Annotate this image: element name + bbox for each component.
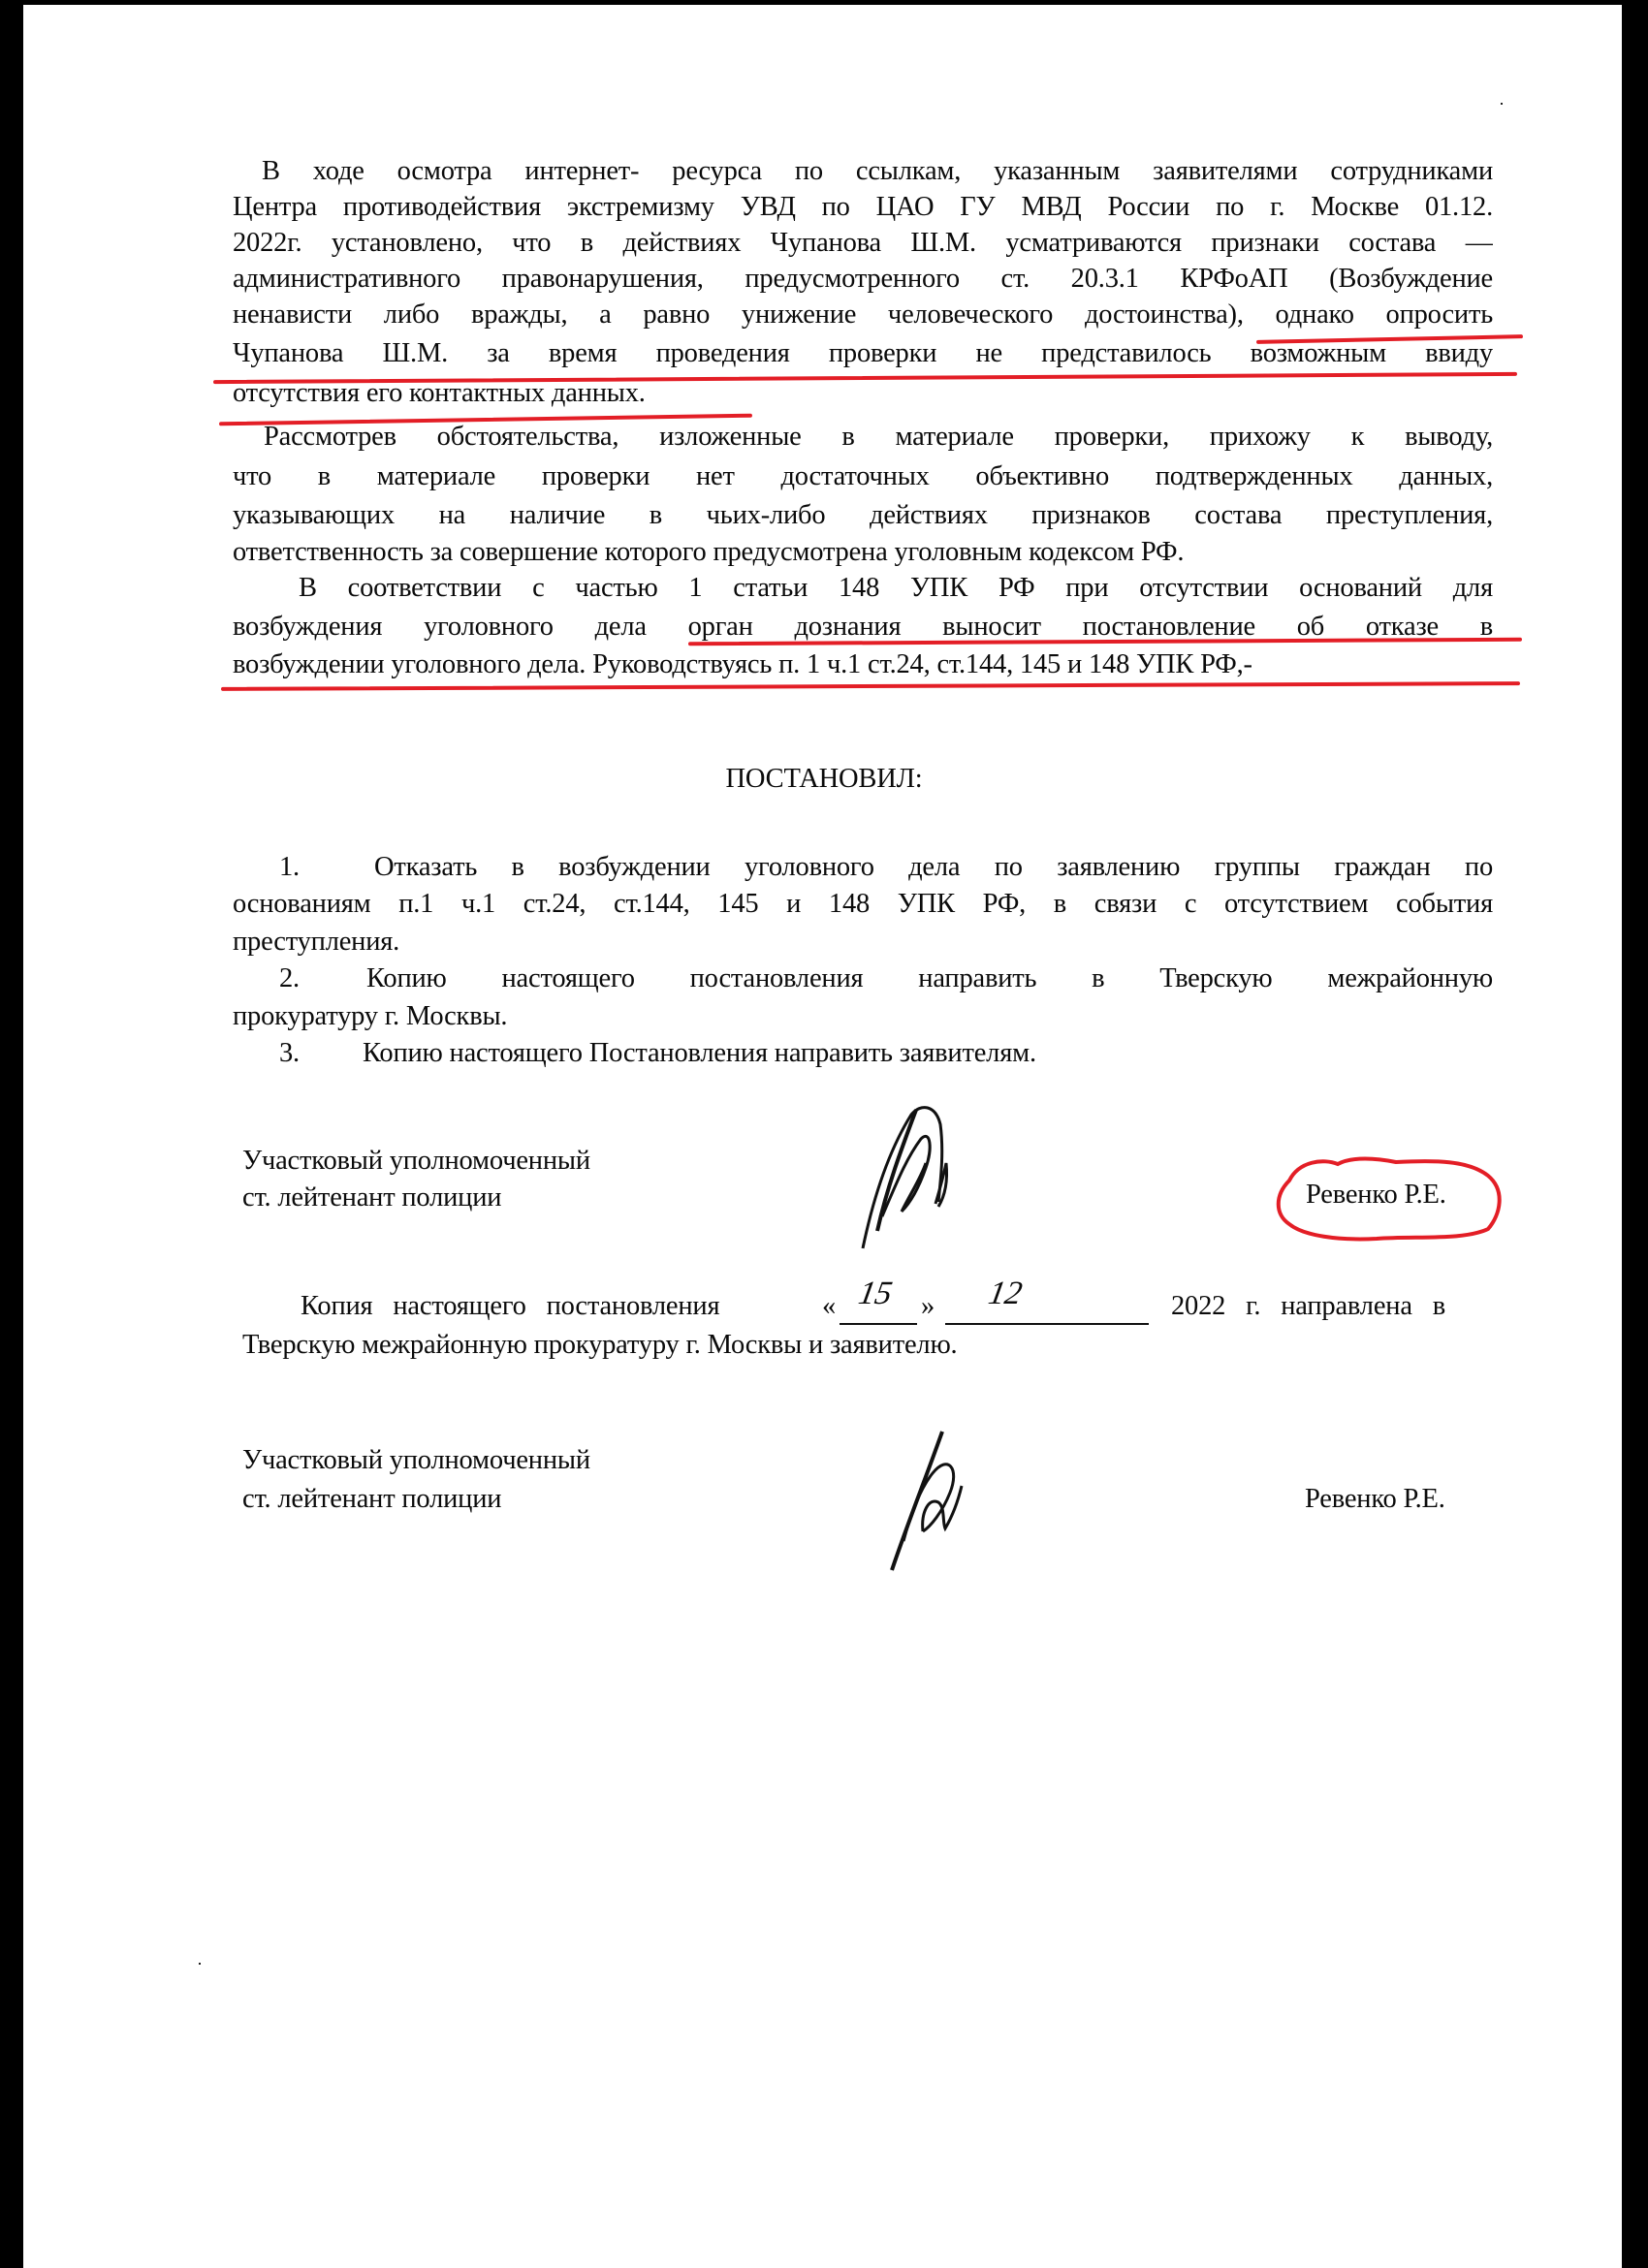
officer-name: Ревенко Р.Е. xyxy=(1305,1483,1445,1516)
officer-name: Ревенко Р.Е. xyxy=(1306,1179,1446,1212)
text-line: ненависти либо вражды, а равно унижение … xyxy=(233,299,1493,331)
officer-position: Участковый уполномоченный xyxy=(242,1444,590,1477)
handwritten-signature-icon xyxy=(853,1420,989,1585)
text-line: В ходе осмотра интернет- ресурса по ссыл… xyxy=(262,155,1493,188)
text-line: Отказать в возбуждении уголовного дела п… xyxy=(374,851,1493,884)
text-line: 2022г. установлено, что в действиях Чупа… xyxy=(233,227,1493,260)
officer-position: Участковый уполномоченный xyxy=(242,1145,590,1178)
text-line: указывающих на наличие в чьих-либо дейст… xyxy=(233,499,1493,532)
text-line: Центра противодействия экстремизму УВД п… xyxy=(233,191,1493,224)
copy-notice-line2: Тверскую межрайонную прокуратуру г. Моск… xyxy=(242,1329,957,1362)
text-line: прокуратуру г. Москвы. xyxy=(233,1000,507,1033)
handwritten-signature-icon xyxy=(843,1095,989,1260)
copy-notice-suffix: 2022 г. направлена в xyxy=(1171,1290,1445,1323)
text-line: ответственность за совершение которого п… xyxy=(233,536,1184,569)
text-line: Копию настоящего Постановления направить… xyxy=(363,1037,1036,1070)
copy-notice-prefix: Копия настоящего постановления xyxy=(301,1290,719,1323)
day-blank-line xyxy=(840,1323,917,1325)
text-line: что в материале проверки нет достаточных… xyxy=(233,460,1493,493)
handwritten-month: 12 xyxy=(986,1277,1025,1310)
text-line: В соответствии с частью 1 статьи 148 УПК… xyxy=(299,572,1493,605)
officer-rank: ст. лейтенант полиции xyxy=(242,1483,501,1516)
red-underline-annotation xyxy=(221,681,1520,691)
scan-border-right xyxy=(1622,0,1648,2268)
text-line: Копию настоящего постановления направить… xyxy=(366,962,1493,995)
month-blank-line xyxy=(945,1323,1149,1325)
text-line: возбуждении уголовного дела. Руководству… xyxy=(233,648,1252,681)
handwritten-day: 15 xyxy=(856,1277,895,1310)
scan-speck xyxy=(199,1963,201,1965)
text-line: основаниям п.1 ч.1 ст.24, ст.144, 145 и … xyxy=(233,888,1493,921)
text-line: преступления. xyxy=(233,926,399,959)
scan-border-top xyxy=(0,0,1648,5)
officer-rank: ст. лейтенант полиции xyxy=(242,1181,501,1214)
resolution-number: 2. xyxy=(279,962,300,995)
resolution-heading: ПОСТАНОВИЛ: xyxy=(0,763,1648,796)
scan-border-left xyxy=(0,0,23,2268)
open-quote: « xyxy=(822,1290,836,1323)
resolution-number: 3. xyxy=(279,1037,300,1070)
scan-speck xyxy=(1501,103,1503,105)
text-line: административного правонарушения, предус… xyxy=(233,263,1493,296)
resolution-number: 1. xyxy=(279,851,300,884)
red-underline-annotation xyxy=(213,372,1517,384)
text-line: Рассмотрев обстоятельства, изложенные в … xyxy=(264,421,1493,454)
close-quote: » xyxy=(921,1290,935,1323)
